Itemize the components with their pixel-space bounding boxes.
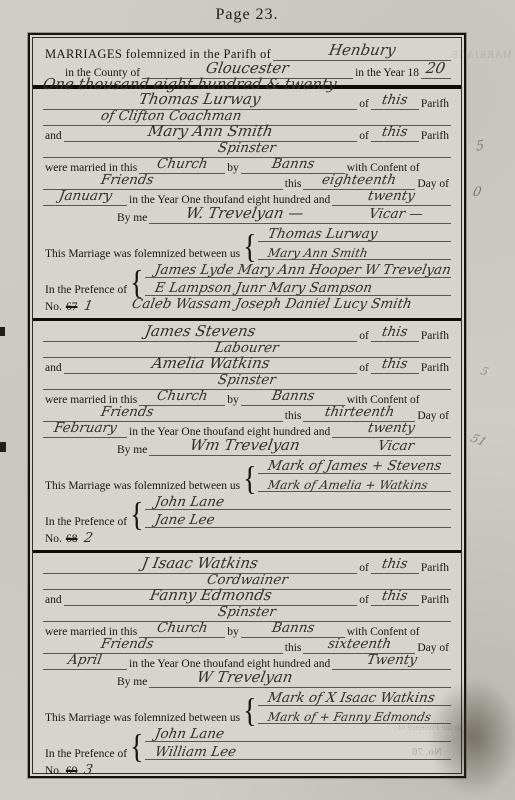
county-name-handwriting: Gloucester xyxy=(205,61,290,76)
solemnized-label: This Marriage was folemnized between us xyxy=(43,712,242,724)
printed-number-struck: 67 xyxy=(64,301,80,313)
groom-signature-handwriting: Mark of James + Stevens xyxy=(266,460,442,474)
groom-signature-handwriting: Thomas Lurway xyxy=(266,228,378,242)
margin-mark-51: 51 xyxy=(468,432,488,448)
bride-detail-row: Spinster xyxy=(43,606,451,622)
groom-parish-handwriting: this xyxy=(381,326,409,340)
parish-name-line: Henbury xyxy=(273,42,451,61)
bride-signature-line: Mary Ann Smith xyxy=(258,242,451,260)
printed-number-struck: 69 xyxy=(64,765,80,777)
officiant-handwriting: Wm Trevelyan xyxy=(189,438,301,453)
bride-signature-line: Mark of Amelia + Watkins xyxy=(258,474,451,492)
no-label: No. xyxy=(43,533,64,545)
brace-glyph: { xyxy=(129,734,144,763)
signature-column: Thomas Lurway Mary Ann Smith xyxy=(258,224,451,260)
register-form: MARRIAGES folemnized in the Parifh of He… xyxy=(32,37,462,774)
bleedthrough-ghost-number: No. 76 xyxy=(412,746,442,758)
method-handwriting: Banns xyxy=(270,390,315,404)
left-edge-ink-mark xyxy=(0,442,6,452)
year-word-handwriting: Twenty xyxy=(365,654,417,668)
year-words-handwriting: One thousand eight hundred & twenty xyxy=(42,77,338,92)
solemnized-label: This Marriage was folemnized between us xyxy=(43,480,242,492)
method-handwriting: Banns xyxy=(270,622,315,636)
witness-1-handwriting: John Lane xyxy=(153,728,224,742)
witness-1-line: James Lyde Mary Ann Hooper W Trevelyan xyxy=(145,260,451,278)
bride-parish-handwriting: this xyxy=(381,126,409,140)
margin-mark-0: 0 xyxy=(472,186,483,199)
margin-mark-5a: 5 xyxy=(476,139,485,154)
place-handwriting: Church xyxy=(156,622,209,636)
year-word-handwriting: twenty xyxy=(367,422,416,436)
method-handwriting: Banns xyxy=(270,158,315,172)
month-line: February xyxy=(43,419,127,438)
witness-2-line: Jane Lee xyxy=(145,510,451,528)
place-handwriting: Church xyxy=(156,158,209,172)
no-label: No. xyxy=(43,301,64,313)
officiant-line: W. Trevelyan — xyxy=(149,205,341,224)
groom-signature-line: Mark of X Isaac Watkins xyxy=(258,688,451,706)
parish-name-handwriting: Henbury xyxy=(328,43,397,58)
number-row: No. 69 3 xyxy=(43,760,451,777)
officiant-title-handwriting: Vicar — xyxy=(368,208,424,222)
entry-separator xyxy=(33,550,461,553)
officiant-title-line xyxy=(341,669,451,688)
month-handwriting: February xyxy=(53,422,118,436)
year-word-line: Twenty xyxy=(332,651,451,670)
groom-parish-handwriting: this xyxy=(381,558,409,572)
month-handwriting: April xyxy=(67,654,103,668)
entries-container: Thomas Lurway of this Parifh of Clifton … xyxy=(43,92,451,779)
extra-witnesses-line xyxy=(93,527,451,545)
brace-glyph: { xyxy=(129,270,144,299)
margin-mark-5b: 5 xyxy=(479,366,490,378)
groom-signature-line: Mark of James + Stevens xyxy=(258,456,451,474)
witness-column: John Lane Jane Lee xyxy=(145,492,451,528)
extra-witnesses-handwriting: Caleb Wassam Joseph Daniel Lucy Smith xyxy=(131,298,413,312)
bride-parish-handwriting: this xyxy=(381,590,409,604)
this-label: this xyxy=(283,178,304,190)
witness-2-handwriting: William Lee xyxy=(153,746,236,760)
witness-2-handwriting: Jane Lee xyxy=(153,514,215,528)
officiant-title-handwriting: Vicar xyxy=(377,440,415,454)
officiant-title-line: Vicar xyxy=(341,437,451,456)
year-word-line: twenty xyxy=(332,419,451,438)
year-handwriting: 20 xyxy=(425,61,447,76)
brace-glyph: { xyxy=(242,466,257,495)
byme-row: By me W. Trevelyan — Vicar — xyxy=(43,206,451,224)
year-word-line: twenty xyxy=(332,187,451,206)
witness-1-line: John Lane xyxy=(145,492,451,510)
witness-2-line: E Lampson Junr Mary Sampson xyxy=(145,278,451,296)
bride-detail-handwriting: Spinster xyxy=(217,142,277,156)
marriage-entry: J Isaac Watkins of this Parifh Cordwaine… xyxy=(43,556,451,779)
bride-detail-row: Spinster xyxy=(43,374,451,390)
signature-column: Mark of James + Stevens Mark of Amelia +… xyxy=(258,456,451,492)
bride-detail-handwriting: Spinster xyxy=(217,374,277,388)
byme-label: By me xyxy=(115,212,149,224)
groom-signature-handwriting: Mark of X Isaac Watkins xyxy=(266,692,435,706)
register-form-border: MARRIAGES folemnized in the Parifh of He… xyxy=(28,33,466,778)
bride-signature-handwriting: Mark of Amelia + Watkins xyxy=(267,479,429,491)
signature-column: Mark of X Isaac Watkins Mark of + Fanny … xyxy=(258,688,451,724)
byme-label: By me xyxy=(115,676,149,688)
consent-handwriting: Friends xyxy=(100,638,155,652)
consent-handwriting: Friends xyxy=(100,174,155,188)
bride-detail-line: Spinster xyxy=(43,371,451,390)
page-number-heading: Page 23. xyxy=(0,6,494,24)
left-edge-ink-mark xyxy=(0,327,5,336)
solemnized-row: This Marriage was folemnized between us … xyxy=(43,224,451,260)
solemnized-label: This Marriage was folemnized between us xyxy=(43,248,242,260)
officiant-line: Wm Trevelyan xyxy=(149,437,341,456)
witness-2-handwriting: E Lampson Junr Mary Sampson xyxy=(153,282,372,296)
officiant-handwriting: W Trevelyan xyxy=(196,670,294,685)
brace-glyph: { xyxy=(242,234,257,263)
bride-detail-line: Spinster xyxy=(43,603,451,622)
printed-number-struck: 68 xyxy=(64,533,80,545)
extra-witnesses-line: Caleb Wassam Joseph Daniel Lucy Smith xyxy=(93,295,451,313)
place-handwriting: Church xyxy=(156,390,209,404)
this-label: this xyxy=(283,410,304,422)
officiant-handwriting: W. Trevelyan — xyxy=(185,206,305,221)
officiant-title-line: Vicar — xyxy=(341,205,451,224)
year-word-handwriting: twenty xyxy=(367,190,416,204)
bride-name-handwriting: Mary Ann Smith xyxy=(147,124,274,139)
extra-witnesses-line xyxy=(93,759,451,777)
bride-name-handwriting: Fanny Edmonds xyxy=(148,588,272,603)
presence-row: In the Prefence of { James Lyde Mary Ann… xyxy=(43,260,451,296)
bleedthrough-ghost-top: MARRIAGES xyxy=(452,50,512,61)
bride-name-handwriting: Amelia Watkins xyxy=(150,356,270,371)
groom-signature-line: Thomas Lurway xyxy=(258,224,451,242)
brace-glyph: { xyxy=(242,698,257,727)
scanned-register-page: { "page": { "title": "Page 23." }, "head… xyxy=(0,0,515,800)
byme-label: By me xyxy=(115,444,149,456)
solemnized-row: This Marriage was folemnized between us … xyxy=(43,456,451,492)
witness-1-handwriting: James Lyde Mary Ann Hooper W Trevelyan xyxy=(153,264,451,278)
bride-signature-handwriting: Mary Ann Smith xyxy=(267,247,369,259)
brace-glyph: { xyxy=(129,502,144,531)
consent-handwriting: Friends xyxy=(100,406,155,420)
officiant-line: W Trevelyan xyxy=(149,669,341,688)
marriage-entry: James Stevens of this Parifh Labourer an… xyxy=(43,324,451,547)
no-label: No. xyxy=(43,765,64,777)
groom-name-handwriting: Thomas Lurway xyxy=(138,92,262,107)
day-handwriting: eighteenth xyxy=(321,174,397,188)
marriage-entry: Thomas Lurway of this Parifh of Clifton … xyxy=(43,92,451,315)
bleedthrough-ghost-presence: In the Prefence of xyxy=(398,722,462,732)
byme-row: By me Wm Trevelyan Vicar xyxy=(43,438,451,456)
byme-row: By me W Trevelyan xyxy=(43,670,451,688)
bride-parish-handwriting: this xyxy=(381,358,409,372)
solemnized-row: This Marriage was folemnized between us … xyxy=(43,688,451,724)
witness-1-handwriting: John Lane xyxy=(153,496,224,510)
day-handwriting: thirteenth xyxy=(324,406,395,420)
year-words-overlay: One thousand eight hundred & twenty xyxy=(43,76,451,90)
witness-2-line: William Lee xyxy=(145,742,451,760)
bride-detail-row: Spinster xyxy=(43,142,451,158)
witness-column: James Lyde Mary Ann Hooper W Trevelyan E… xyxy=(145,260,451,296)
number-row: No. 67 1 Caleb Wassam Joseph Daniel Lucy… xyxy=(43,296,451,313)
entry-separator xyxy=(33,318,461,321)
month-line: April xyxy=(43,651,127,670)
day-handwriting: sixteenth xyxy=(327,638,392,652)
this-label: this xyxy=(283,642,304,654)
groom-name-handwriting: J Isaac Watkins xyxy=(141,556,259,571)
groom-name-handwriting: James Stevens xyxy=(144,324,257,339)
month-line: January xyxy=(43,187,127,206)
groom-parish-handwriting: this xyxy=(381,94,409,108)
month-handwriting: January xyxy=(57,190,112,204)
bride-detail-handwriting: Spinster xyxy=(217,606,277,620)
number-row: No. 68 2 xyxy=(43,528,451,545)
bride-detail-line: Spinster xyxy=(43,139,451,158)
